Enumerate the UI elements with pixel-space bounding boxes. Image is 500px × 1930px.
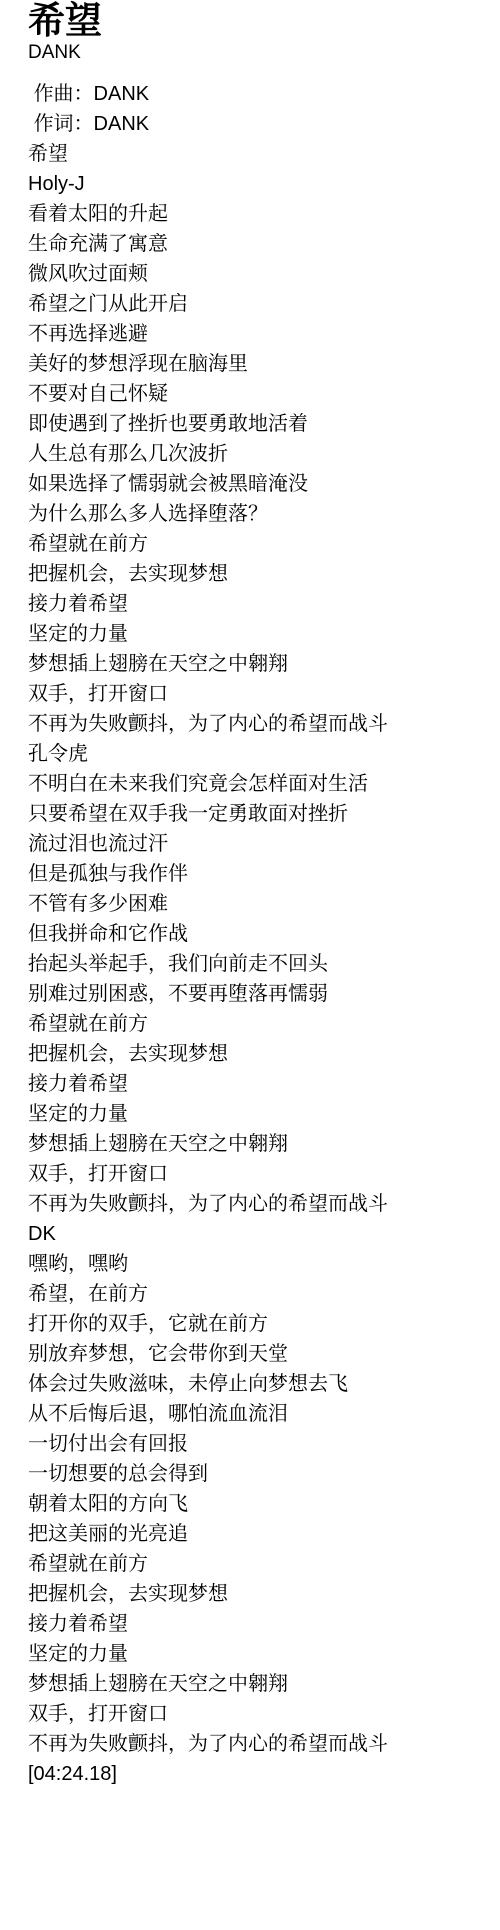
lyric-line: 美好的梦想浮现在脑海里	[28, 349, 480, 379]
lyric-line: 但我拼命和它作战	[28, 919, 480, 949]
lyric-line: 别难过别困惑，不要再堕落再懦弱	[28, 979, 480, 1009]
lyric-line: 为什么那么多人选择堕落？	[28, 499, 480, 529]
lyric-line: 看着太阳的升起	[28, 199, 480, 229]
lyric-line: 人生总有那么几次波折	[28, 439, 480, 469]
lyric-line: DK	[28, 1219, 480, 1249]
lyric-line: 希望	[28, 139, 480, 169]
timestamp-line: [04:24.18]	[28, 1759, 480, 1789]
lyric-line: 接力着希望	[28, 589, 480, 619]
lyric-line: 双手，打开窗口	[28, 679, 480, 709]
lyric-line: 抬起头举起手，我们向前走不回头	[28, 949, 480, 979]
lyric-line: 不再为失败颤抖，为了内心的希望而战斗	[28, 1189, 480, 1219]
lyric-line: 不再选择逃避	[28, 319, 480, 349]
lyric-line: 不要对自己怀疑	[28, 379, 480, 409]
lyric-line: 不明白在未来我们究竟会怎样面对生活	[28, 769, 480, 799]
lyric-line: 把握机会，去实现梦想	[28, 1579, 480, 1609]
lyric-line: 作词：DANK	[28, 109, 480, 139]
lyric-line: 梦想插上翅膀在天空之中翱翔	[28, 1669, 480, 1699]
lyric-line: Holy-J	[28, 169, 480, 199]
lyric-line: 希望之门从此开启	[28, 289, 480, 319]
lyric-line: 梦想插上翅膀在天空之中翱翔	[28, 1129, 480, 1159]
lyric-line: 双手，打开窗口	[28, 1699, 480, 1729]
lyric-line: 坚定的力量	[28, 1099, 480, 1129]
lyric-line: 把这美丽的光亮追	[28, 1519, 480, 1549]
lyric-line: 不再为失败颤抖，为了内心的希望而战斗	[28, 709, 480, 739]
lyric-line: 一切想要的总会得到	[28, 1459, 480, 1489]
lyric-line: 孔令虎	[28, 739, 480, 769]
lyric-line: 体会过失败滋味，未停止向梦想去飞	[28, 1369, 480, 1399]
lyric-line: 希望就在前方	[28, 1549, 480, 1579]
lyric-line: 朝着太阳的方向飞	[28, 1489, 480, 1519]
lyric-line: 坚定的力量	[28, 619, 480, 649]
lyric-line: 微风吹过面颊	[28, 259, 480, 289]
lyric-line: 从不后悔后退，哪怕流血流泪	[28, 1399, 480, 1429]
lyric-line: 把握机会，去实现梦想	[28, 559, 480, 589]
lyric-line: 别放弃梦想，它会带你到天堂	[28, 1339, 480, 1369]
lyric-line: 希望就在前方	[28, 1009, 480, 1039]
lyric-line: 生命充满了寓意	[28, 229, 480, 259]
lyrics-page: 希望 DANK 作曲：DANK 作词：DANK希望Holy-J看着太阳的升起生命…	[0, 0, 500, 1789]
lyric-line: 不再为失败颤抖，为了内心的希望而战斗	[28, 1729, 480, 1759]
lyric-line: 希望就在前方	[28, 529, 480, 559]
lyric-line: 双手，打开窗口	[28, 1159, 480, 1189]
lyric-line: 但是孤独与我作伴	[28, 859, 480, 889]
lyric-line: 把握机会，去实现梦想	[28, 1039, 480, 1069]
lyric-line: 接力着希望	[28, 1069, 480, 1099]
artist-name: DANK	[28, 42, 480, 64]
lyric-line: 作曲：DANK	[28, 79, 480, 109]
lyric-line: 流过泪也流过汗	[28, 829, 480, 859]
lyric-line: 一切付出会有回报	[28, 1429, 480, 1459]
lyric-line: 如果选择了懦弱就会被黑暗淹没	[28, 469, 480, 499]
lyric-line: 不管有多少困难	[28, 889, 480, 919]
lyric-line: 只要希望在双手我一定勇敢面对挫折	[28, 799, 480, 829]
song-title: 希望	[28, 0, 480, 42]
lyric-line: 梦想插上翅膀在天空之中翱翔	[28, 649, 480, 679]
lyric-line: 即使遇到了挫折也要勇敢地活着	[28, 409, 480, 439]
lyric-line: 坚定的力量	[28, 1639, 480, 1669]
lyrics-block: 作曲：DANK 作词：DANK希望Holy-J看着太阳的升起生命充满了寓意微风吹…	[28, 79, 480, 1789]
lyric-line: 希望，在前方	[28, 1279, 480, 1309]
lyric-line: 打开你的双手，它就在前方	[28, 1309, 480, 1339]
lyric-line: 接力着希望	[28, 1609, 480, 1639]
lyric-line: 嘿哟，嘿哟	[28, 1249, 480, 1279]
